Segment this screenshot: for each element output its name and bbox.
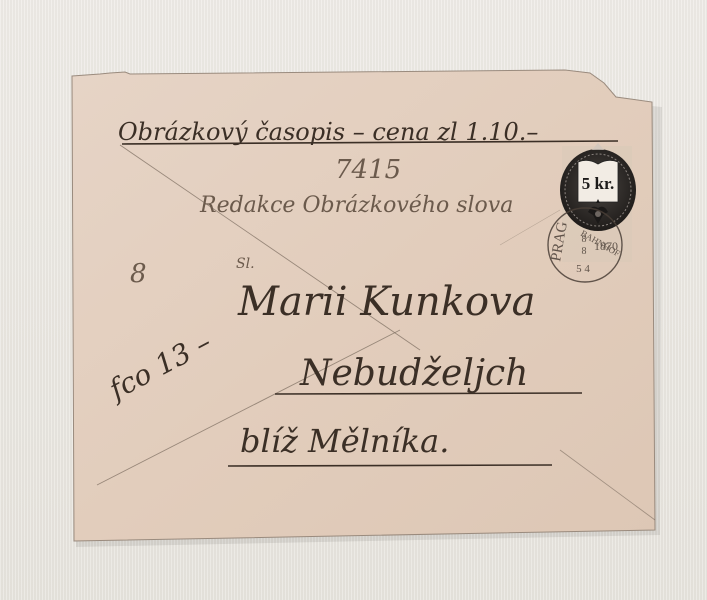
envelope: Obrázkový časopis – cena zl 1.10.– 7415 … xyxy=(0,0,707,600)
postmark-day: 8 xyxy=(582,234,587,245)
marginal-number: 8 xyxy=(130,259,147,289)
salutation: Sl. xyxy=(236,256,255,272)
addressee-place: Nebudželjch xyxy=(299,353,528,394)
photo-scene: Obrázkový časopis – cena zl 1.10.– 7415 … xyxy=(0,0,707,600)
postmark-time: 5 4 xyxy=(576,263,590,275)
addressee-name: Marii Kunkova xyxy=(237,279,536,325)
postmark-month: 8 xyxy=(582,246,587,257)
addressee-vicinity: blíž Mělníka. xyxy=(240,422,449,460)
reference-number: 7415 xyxy=(335,155,401,185)
sender-line: Redakce Obrázkového slova xyxy=(199,193,513,218)
postmark-year: 1870 xyxy=(594,239,618,253)
stamp-denomination: 5 kr. xyxy=(582,174,614,193)
